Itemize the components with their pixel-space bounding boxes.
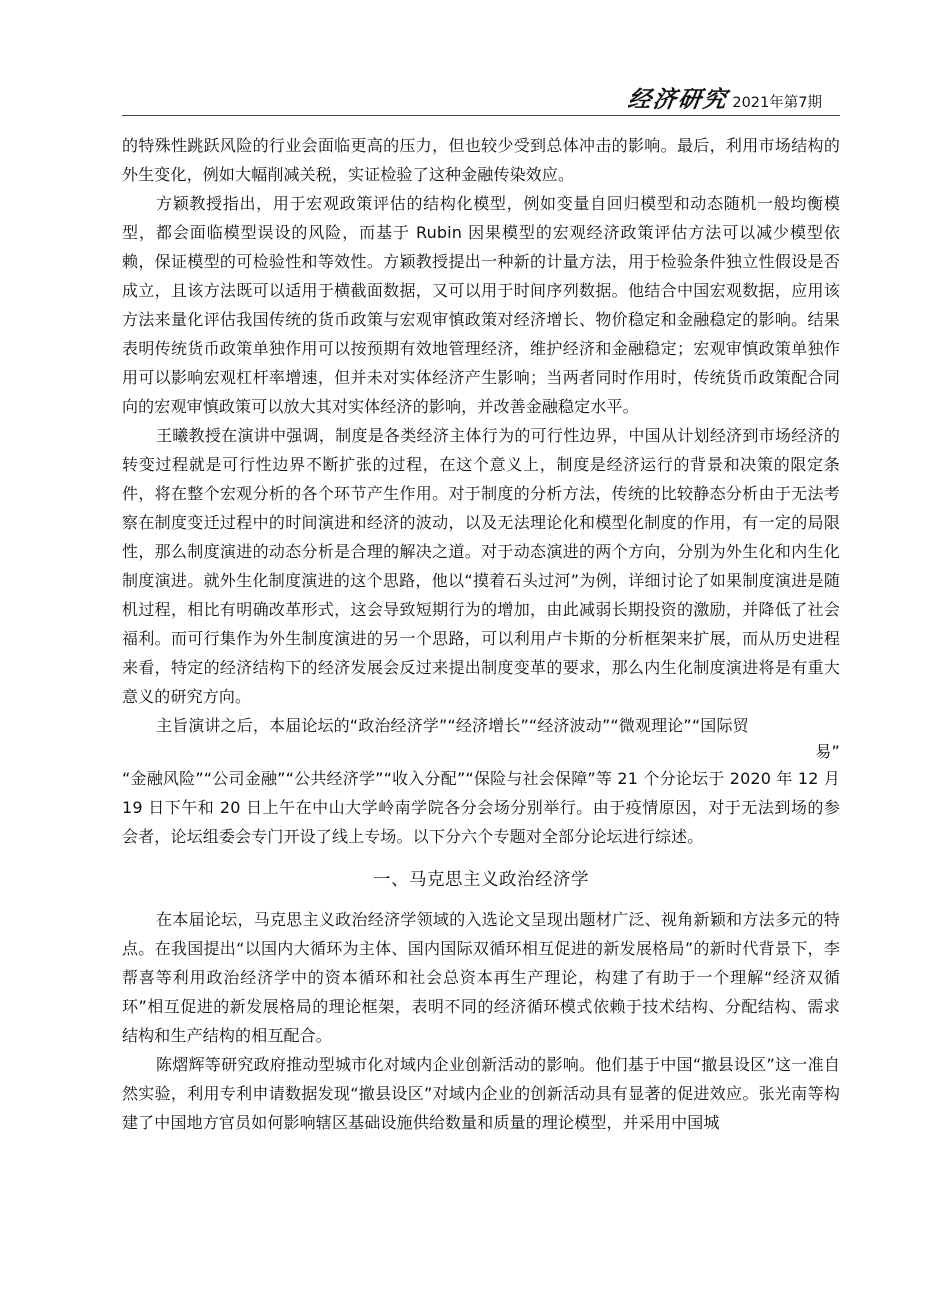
journal-logo: 经济研究 bbox=[627, 87, 731, 113]
paragraph-subforums-line1: 主旨演讲之后，本届论坛的“政治经济学”“经济增长”“经济波动”“微观理论”“国际… bbox=[122, 711, 840, 740]
paragraph-continuation: 的特殊性跳跃风险的行业会面临更高的压力，但也较少受到总体冲击的影响。最后，利用市… bbox=[122, 131, 840, 189]
paragraph-subforums-rest: “金融风险”“公司金融”“公共经济学”“收入分配”“保险与社会保障”等 21 个… bbox=[122, 764, 840, 851]
page-header: 经济研究 2021年第7期 bbox=[122, 86, 840, 116]
section-title: 一、马克思主义政治经济学 bbox=[122, 865, 840, 895]
paragraph-marxist-studies: 陈熠辉等研究政府推动型城市化对域内企业创新活动的影响。他们基于中国“撤县设区”这… bbox=[122, 1050, 840, 1137]
journal-masthead: 经济研究 2021年第7期 bbox=[628, 87, 822, 113]
paragraph-fang-ying: 方颖教授指出，用于宏观政策评估的结构化模型，例如变量自回归模型和动态随机一般均衡… bbox=[122, 189, 840, 421]
paragraph-wang-xi: 王曦教授在演讲中强调，制度是各类经济主体行为的可行性边界，中国从计划经济到市场经… bbox=[122, 421, 840, 711]
journal-issue: 2021年第7期 bbox=[732, 93, 822, 113]
paragraph-marxist-intro: 在本届论坛，马克思主义政治经济学领域的入选论文呈现出题材广泛、视角新颖和方法多元… bbox=[122, 905, 840, 1050]
article-body: 的特殊性跳跃风险的行业会面临更高的压力，但也较少受到总体冲击的影响。最后，利用市… bbox=[122, 131, 840, 1137]
paragraph-subforums-line2: 易” bbox=[122, 740, 840, 764]
header-rule bbox=[122, 115, 840, 116]
